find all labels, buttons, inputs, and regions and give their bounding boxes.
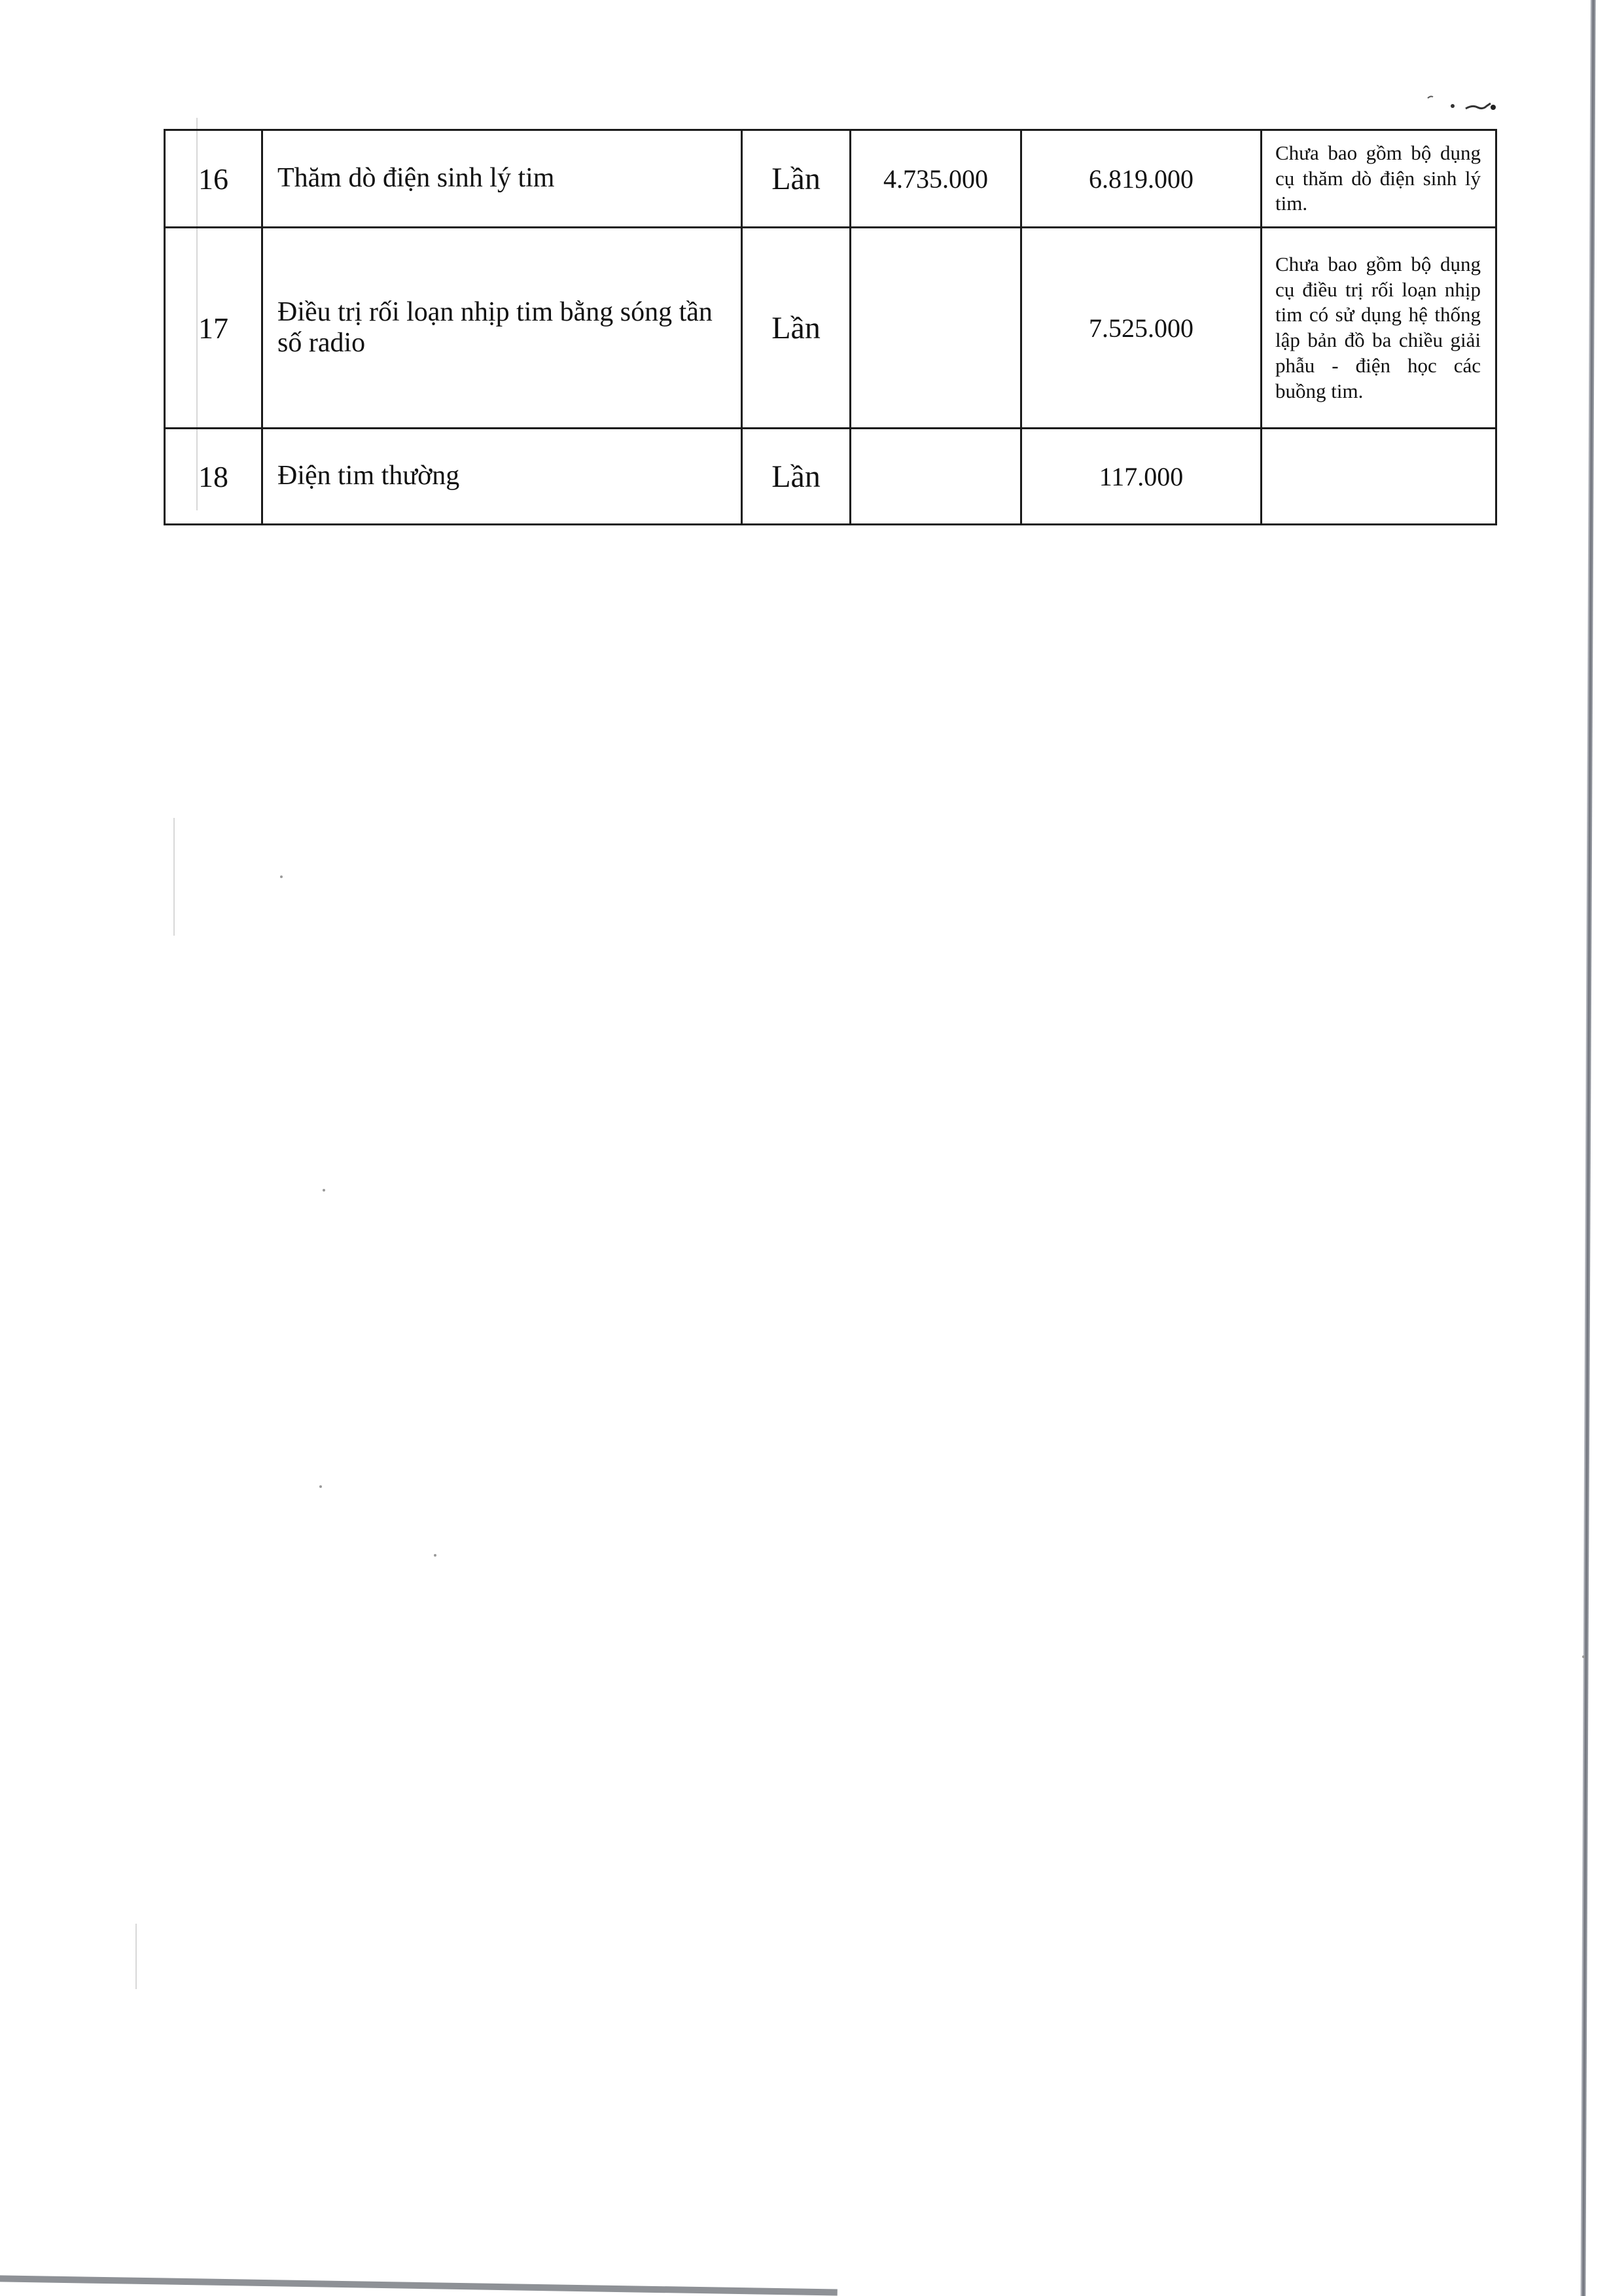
- price-1: 4.735.000: [851, 130, 1021, 228]
- scan-faint-line: [135, 1924, 137, 1989]
- price-table: 16 Thăm dò điện sinh lý tim Lần 4.735.00…: [164, 129, 1497, 525]
- price-2: 6.819.000: [1021, 130, 1262, 228]
- note: Chưa bao gồm bộ dụng cụ thăm dò điện sin…: [1262, 130, 1496, 228]
- scan-edge-right: [1580, 0, 1595, 2296]
- row-number: 18: [165, 429, 262, 525]
- note: Chưa bao gồm bộ dụng cụ điều trị rối loạ…: [1262, 228, 1496, 429]
- note: [1262, 429, 1496, 525]
- unit: Lần: [742, 429, 851, 525]
- service-name: Điện tim thường: [262, 429, 742, 525]
- scan-dot: [434, 1554, 436, 1557]
- row-number: 16: [165, 130, 262, 228]
- scan-dot: [1582, 1655, 1585, 1658]
- table-row: 18 Điện tim thường Lần 117.000: [165, 429, 1496, 525]
- scan-faint-line: [173, 818, 175, 936]
- scan-dot: [323, 1189, 325, 1192]
- row-number: 17: [165, 228, 262, 429]
- price-1: [851, 228, 1021, 429]
- note-text: Chưa bao gồm bộ dụng cụ thăm dò điện sin…: [1275, 141, 1481, 217]
- scan-mark: [1425, 92, 1504, 118]
- service-name: Thăm dò điện sinh lý tim: [262, 130, 742, 228]
- table-row: 17 Điều trị rối loạn nhịp tim bằng sóng …: [165, 228, 1496, 429]
- price-2: 7.525.000: [1021, 228, 1262, 429]
- service-name: Điều trị rối loạn nhịp tim bằng sóng tần…: [262, 228, 742, 429]
- scanned-page: 16 Thăm dò điện sinh lý tim Lần 4.735.00…: [0, 0, 1609, 2296]
- unit: Lần: [742, 228, 851, 429]
- scan-edge-bottom: [0, 2275, 838, 2296]
- price-2: 117.000: [1021, 429, 1262, 525]
- scan-dot: [280, 875, 283, 878]
- note-text: Chưa bao gồm bộ dụng cụ điều trị rối loạ…: [1275, 252, 1481, 404]
- table-row: 16 Thăm dò điện sinh lý tim Lần 4.735.00…: [165, 130, 1496, 228]
- scan-dot: [319, 1485, 322, 1488]
- unit: Lần: [742, 130, 851, 228]
- price-1: [851, 429, 1021, 525]
